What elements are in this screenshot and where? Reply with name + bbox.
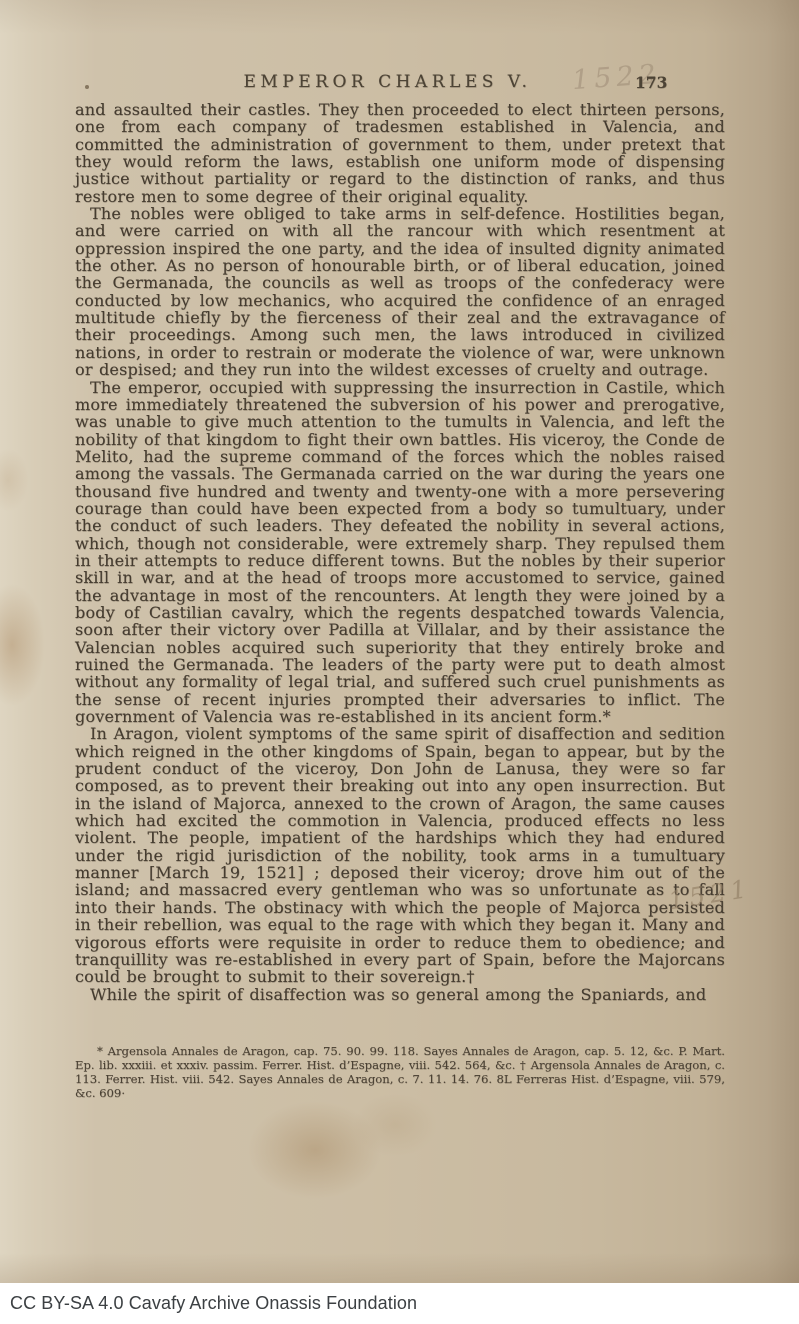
running-header: EMPEROR CHARLES V. 1522 173 — [75, 70, 723, 96]
footnote: * Argensola Annales de Aragon, cap. 75. … — [75, 1044, 725, 1100]
body-paragraph: In Aragon, violent symptoms of the same … — [75, 725, 725, 985]
body-paragraph: and assaulted their castles. They then p… — [75, 101, 725, 205]
body-text: and assaulted their castles. They then p… — [75, 101, 725, 1003]
running-header-title: EMPEROR CHARLES V. — [243, 72, 531, 92]
body-paragraph: The nobles were obliged to take arms in … — [75, 205, 725, 378]
body-paragraph: While the spirit of disaffection was so … — [75, 986, 725, 1003]
license-text: CC BY-SA 4.0 Cavafy Archive Onassis Foun… — [10, 1293, 417, 1314]
page-number: 173 — [635, 73, 667, 92]
body-paragraph: The emperor, occupied with suppressing t… — [75, 379, 725, 726]
book-page-scan: EMPEROR CHARLES V. 1522 173 and assaulte… — [0, 0, 799, 1283]
attribution-bar: CC BY-SA 4.0 Cavafy Archive Onassis Foun… — [0, 1283, 799, 1324]
